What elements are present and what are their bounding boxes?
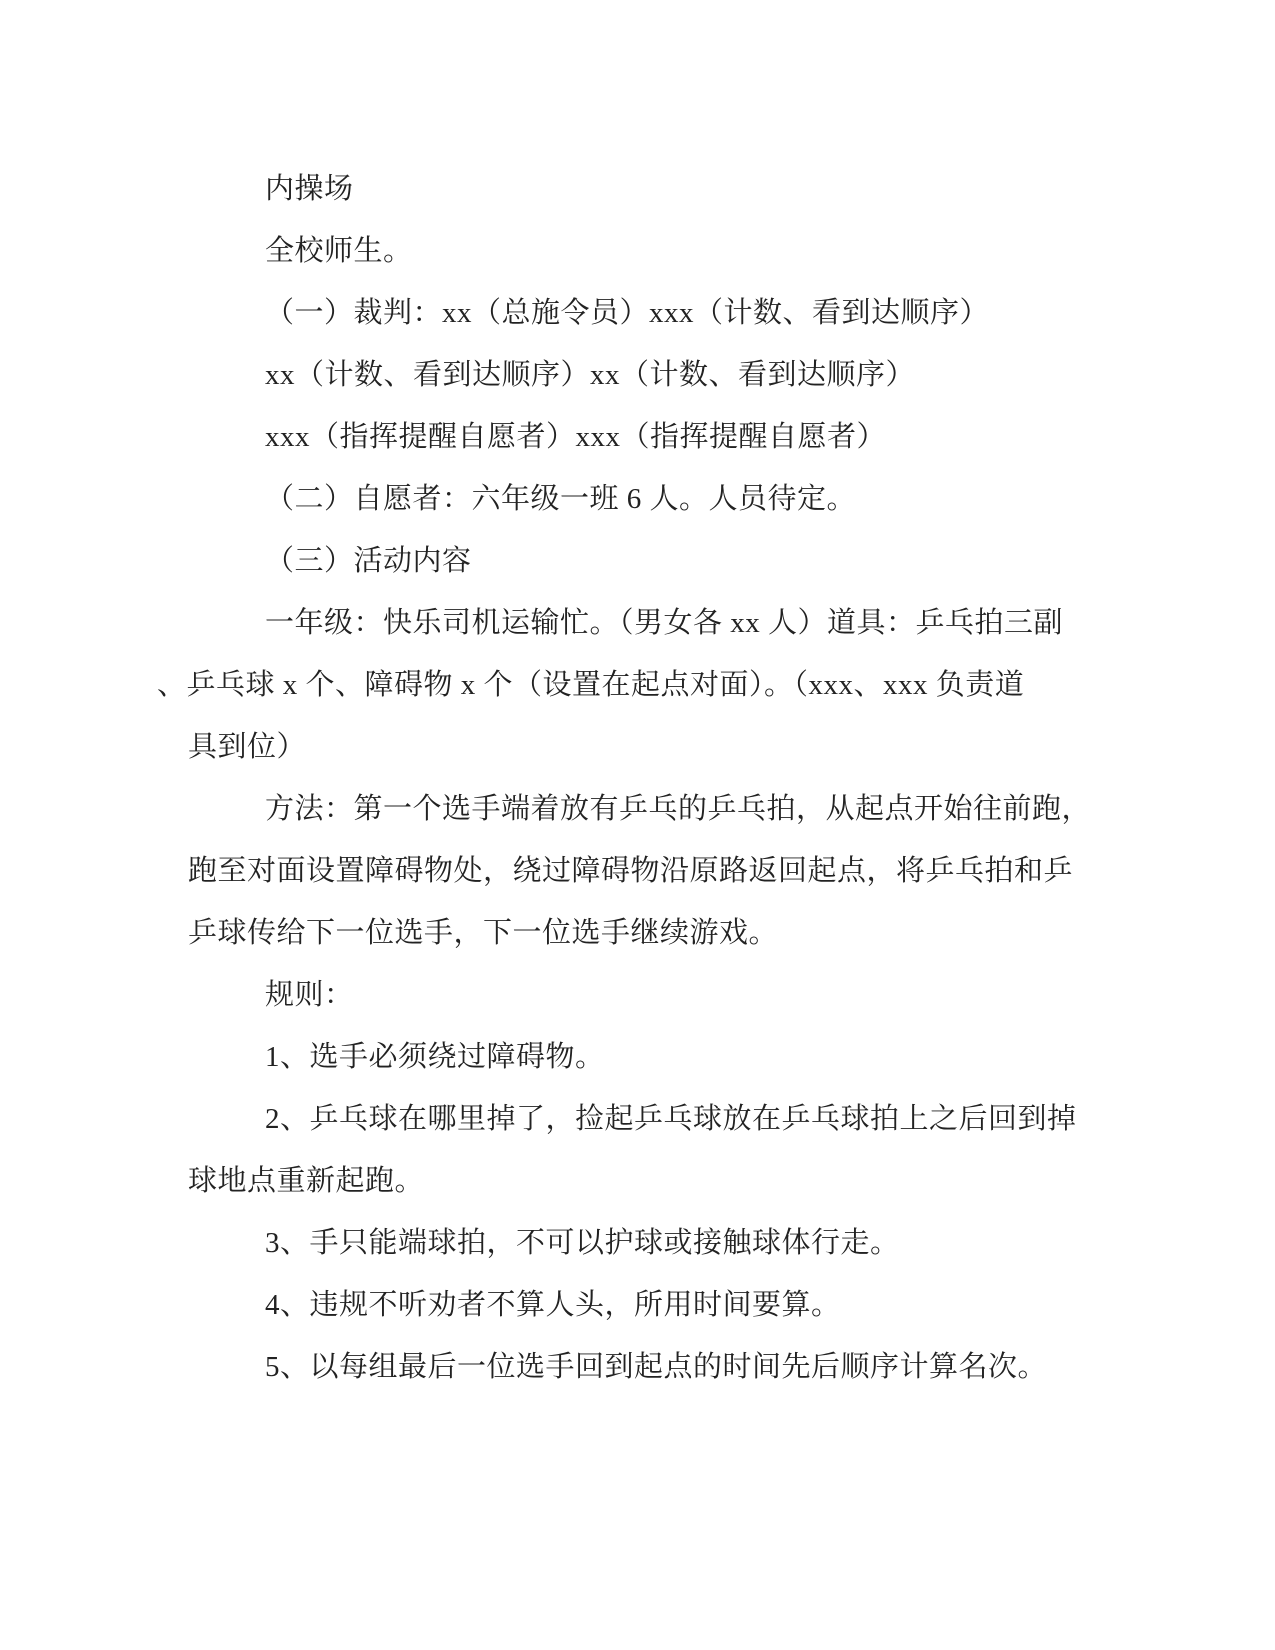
text-line: xx（计数、看到达顺序）xx（计数、看到达顺序） — [188, 344, 1098, 406]
paragraph: 2、乒乓球在哪里掉了，捡起乒乓球放在乒乓球拍上之后回到掉球地点重新起跑。 — [188, 1088, 1098, 1212]
text-line: 跑至对面设置障碍物处，绕过障碍物沿原路返回起点，将乒乓拍和乒 — [188, 840, 1098, 902]
text-line: 方法：第一个选手端着放有乒乓的乒乓拍，从起点开始往前跑， — [188, 778, 1098, 840]
paragraph: 全校师生。 — [188, 220, 1098, 282]
text-line: xxx（指挥提醒自愿者）xxx（指挥提醒自愿者） — [188, 406, 1098, 468]
paragraph: 5、以每组最后一位选手回到起点的时间先后顺序计算名次。 — [188, 1336, 1098, 1398]
text-line: 、乒乓球 x 个、障碍物 x 个（设置在起点对面）。（xxx、xxx 负责道 — [188, 654, 1098, 716]
paragraph: 一年级：快乐司机运输忙。（男女各 xx 人）道具：乒乓拍三副、乒乓球 x 个、障… — [188, 592, 1098, 778]
text-line: 乒球传给下一位选手，下一位选手继续游戏。 — [188, 902, 1098, 964]
paragraph: （一）裁判：xx（总施令员）xxx（计数、看到达顺序）xx（计数、看到达顺序）x… — [188, 282, 1098, 468]
text-line: 全校师生。 — [188, 220, 1098, 282]
text-line: 3、手只能端球拍，不可以护球或接触球体行走。 — [188, 1212, 1098, 1274]
text-line: 一年级：快乐司机运输忙。（男女各 xx 人）道具：乒乓拍三副 — [188, 592, 1098, 654]
paragraph: （三）活动内容 — [188, 530, 1098, 592]
paragraph: 内操场 — [188, 158, 1098, 220]
document-body: 内操场全校师生。（一）裁判：xx（总施令员）xxx（计数、看到达顺序）xx（计数… — [188, 158, 1098, 1398]
document-page: 内操场全校师生。（一）裁判：xx（总施令员）xxx（计数、看到达顺序）xx（计数… — [0, 0, 1275, 1650]
paragraph: 规则： — [188, 964, 1098, 1026]
text-line: 规则： — [188, 964, 1098, 1026]
paragraph: （二）自愿者：六年级一班 6 人。人员待定。 — [188, 468, 1098, 530]
text-line: 内操场 — [188, 158, 1098, 220]
text-line: 具到位） — [188, 716, 1098, 778]
paragraph: 4、违规不听劝者不算人头，所用时间要算。 — [188, 1274, 1098, 1336]
text-line: 4、违规不听劝者不算人头，所用时间要算。 — [188, 1274, 1098, 1336]
paragraph: 方法：第一个选手端着放有乒乓的乒乓拍，从起点开始往前跑，跑至对面设置障碍物处，绕… — [188, 778, 1098, 964]
text-line: 球地点重新起跑。 — [188, 1150, 1098, 1212]
text-line: （一）裁判：xx（总施令员）xxx（计数、看到达顺序） — [188, 282, 1098, 344]
text-line: （三）活动内容 — [188, 530, 1098, 592]
text-line: 5、以每组最后一位选手回到起点的时间先后顺序计算名次。 — [188, 1336, 1098, 1398]
text-line: 1、选手必须绕过障碍物。 — [188, 1026, 1098, 1088]
paragraph: 3、手只能端球拍，不可以护球或接触球体行走。 — [188, 1212, 1098, 1274]
text-line: 2、乒乓球在哪里掉了，捡起乒乓球放在乒乓球拍上之后回到掉 — [188, 1088, 1098, 1150]
paragraph: 1、选手必须绕过障碍物。 — [188, 1026, 1098, 1088]
text-line: （二）自愿者：六年级一班 6 人。人员待定。 — [188, 468, 1098, 530]
